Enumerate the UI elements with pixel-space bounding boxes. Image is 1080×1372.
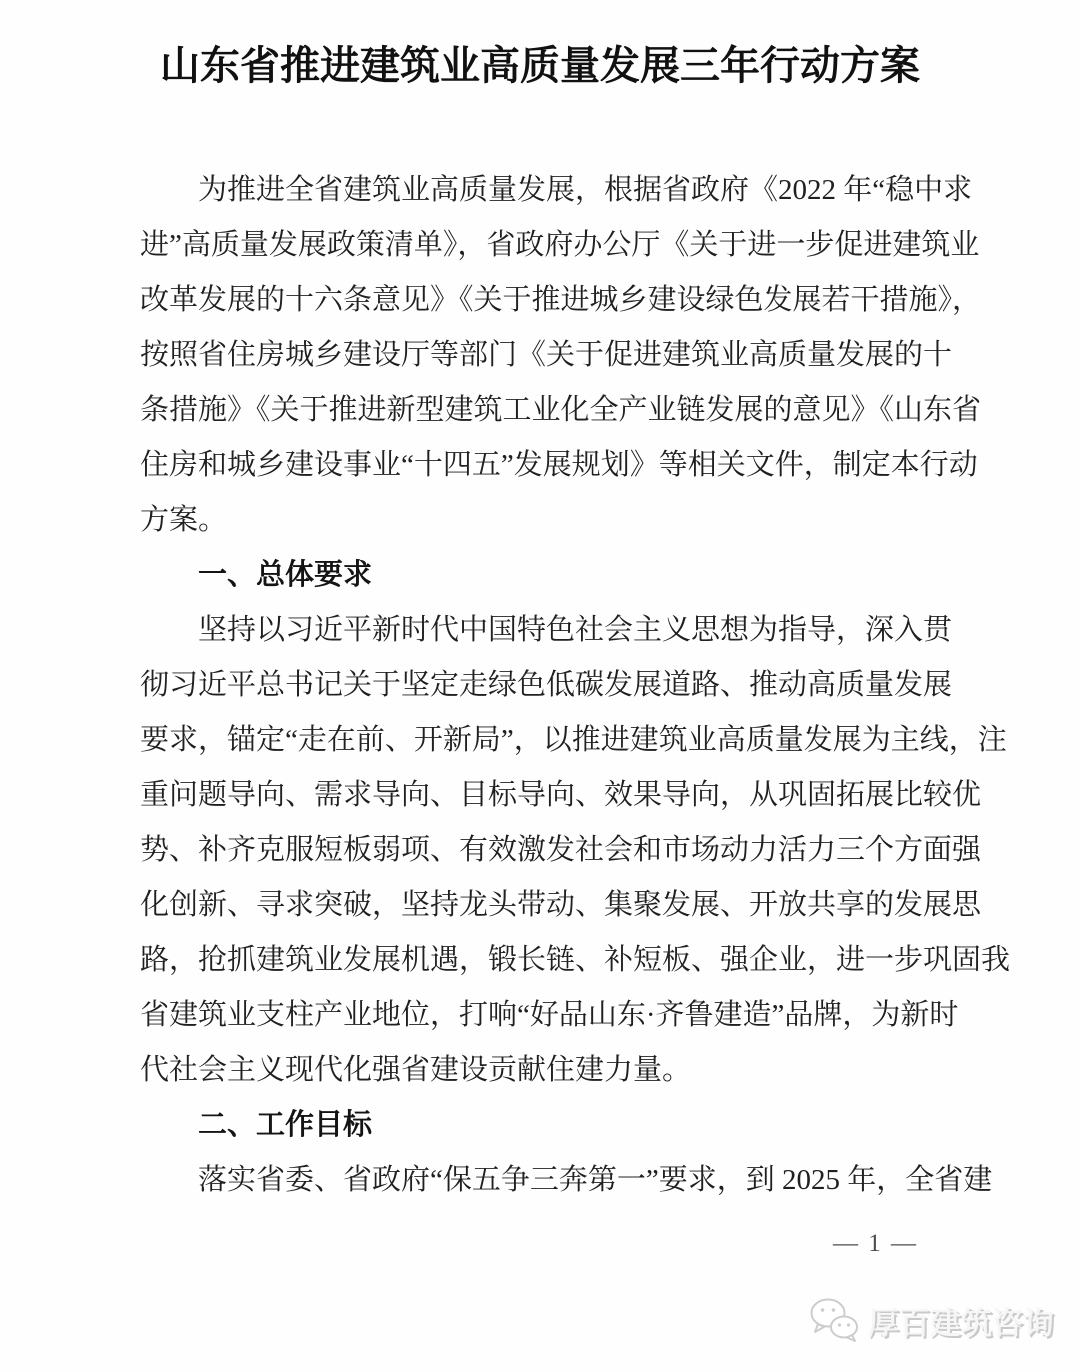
paragraph-line: 改革发展的十六条意见》《关于推进城乡建设绿色发展若干措施》，	[140, 273, 940, 328]
paragraph-line: 按照省住房城乡建设厅等部门《关于促进建筑业高质量发展的十	[140, 328, 940, 383]
footer-watermark: 厚百建筑咨询	[808, 1296, 1054, 1344]
page-title: 山东省推进建筑业高质量发展三年行动方案	[0, 34, 1080, 91]
paragraph-line: 省建筑业支柱产业地位，打响“好品山东·齐鲁建造”品牌，为新时	[140, 988, 940, 1043]
paragraph-line: 路，抢抓建筑业发展机遇，锻长链、补短板、强企业，进一步巩固我	[140, 933, 940, 988]
paragraph-line: 要求，锚定“走在前、开新局”，以推进建筑业高质量发展为主线，注	[140, 713, 940, 768]
footer-brand-text: 厚百建筑咨询	[868, 1298, 1054, 1343]
section-heading-1: 一、总体要求	[140, 548, 940, 603]
paragraph-line: 重问题导向、需求导向、目标导向、效果导向，从巩固拓展比较优	[140, 768, 940, 823]
paragraph-line: 化创新、寻求突破，坚持龙头带动、集聚发展、开放共享的发展思	[140, 878, 940, 933]
paragraph-line: 代社会主义现代化强省建设贡献住建力量。	[140, 1043, 940, 1098]
document-page: 山东省推进建筑业高质量发展三年行动方案 为推进全省建筑业高质量发展，根据省政府《…	[0, 0, 1080, 1372]
paragraph-line: 彻习近平总书记关于坚定走绿色低碳发展道路、推动高质量发展	[140, 658, 940, 713]
paragraph-line: 条措施》《关于推进新型建筑工业化全产业链发展的意见》《山东省	[140, 383, 940, 438]
paragraph-line: 势、补齐克服短板弱项、有效激发社会和市场动力活力三个方面强	[140, 823, 940, 878]
paragraph-line: 住房和城乡建设事业“十四五”发展规划》等相关文件，制定本行动	[140, 438, 940, 493]
paragraph-line: 进”高质量发展政策清单》，省政府办公厅《关于进一步促进建筑业	[140, 218, 940, 273]
section-heading-2: 二、工作目标	[140, 1098, 940, 1153]
page-number: — 1 —	[833, 1230, 918, 1258]
chat-bubbles-icon	[808, 1296, 860, 1344]
document-body: 为推进全省建筑业高质量发展，根据省政府《2022 年“稳中求 进”高质量发展政策…	[140, 163, 940, 1208]
paragraph-line: 落实省委、省政府“保五争三奔第一”要求，到 2025 年，全省建	[140, 1153, 940, 1208]
paragraph-line: 方案。	[140, 493, 940, 548]
paragraph-line: 为推进全省建筑业高质量发展，根据省政府《2022 年“稳中求	[140, 163, 940, 218]
paragraph-line: 坚持以习近平新时代中国特色社会主义思想为指导，深入贯	[140, 603, 940, 658]
